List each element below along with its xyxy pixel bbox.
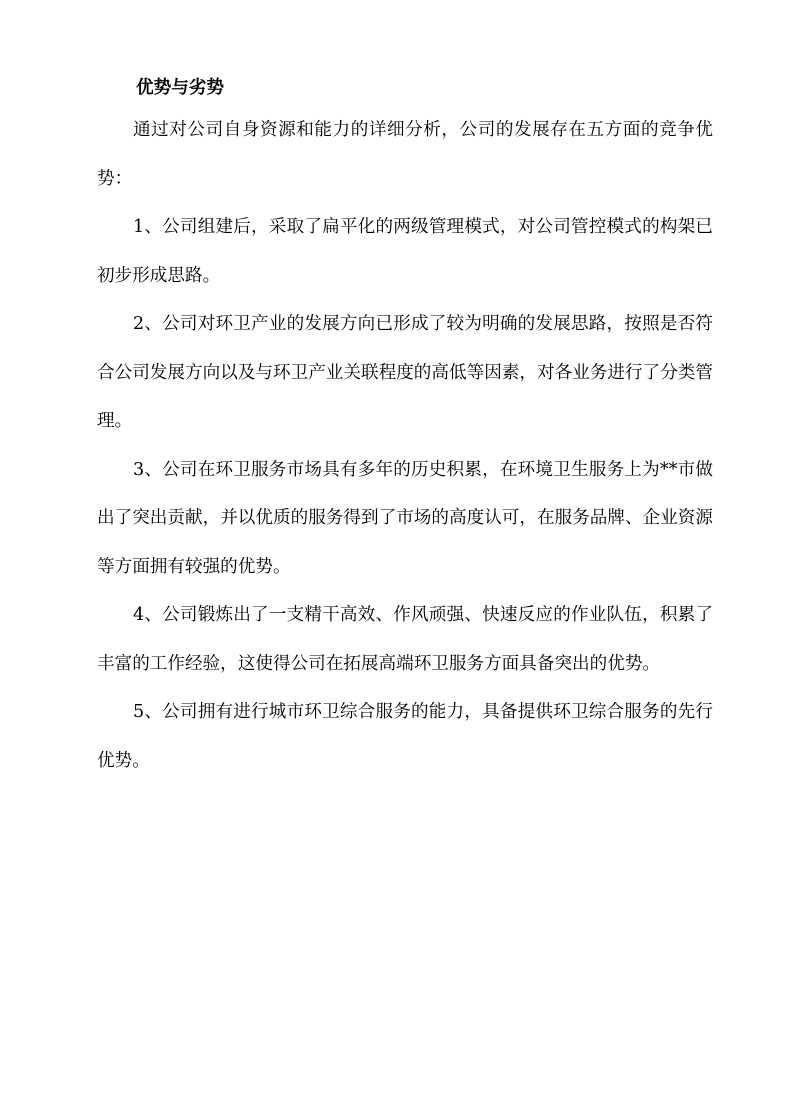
document-page: 优势与劣势 通过对公司自身资源和能力的详细分析，公司的发展存在五方面的竞争优势：…	[97, 70, 713, 785]
paragraph-intro: 通过对公司自身资源和能力的详细分析，公司的发展存在五方面的竞争优势：	[97, 106, 713, 203]
paragraph-point-5: 5、公司拥有进行城市环卫综合服务的能力，具备提供环卫综合服务的先行优势。	[97, 688, 713, 785]
paragraph-point-1: 1、公司组建后，采取了扁平化的两级管理模式，对公司管控模式的构架已初步形成思路。	[97, 203, 713, 300]
paragraph-point-2: 2、公司对环卫产业的发展方向已形成了较为明确的发展思路，按照是否符合公司发展方向…	[97, 300, 713, 446]
section-title: 优势与劣势	[97, 70, 713, 106]
paragraph-point-4: 4、公司锻炼出了一支精干高效、作风顽强、快速反应的作业队伍，积累了丰富的工作经验…	[97, 591, 713, 688]
paragraph-point-3: 3、公司在环卫服务市场具有多年的历史积累，在环境卫生服务上为**市做出了突出贡献…	[97, 446, 713, 592]
